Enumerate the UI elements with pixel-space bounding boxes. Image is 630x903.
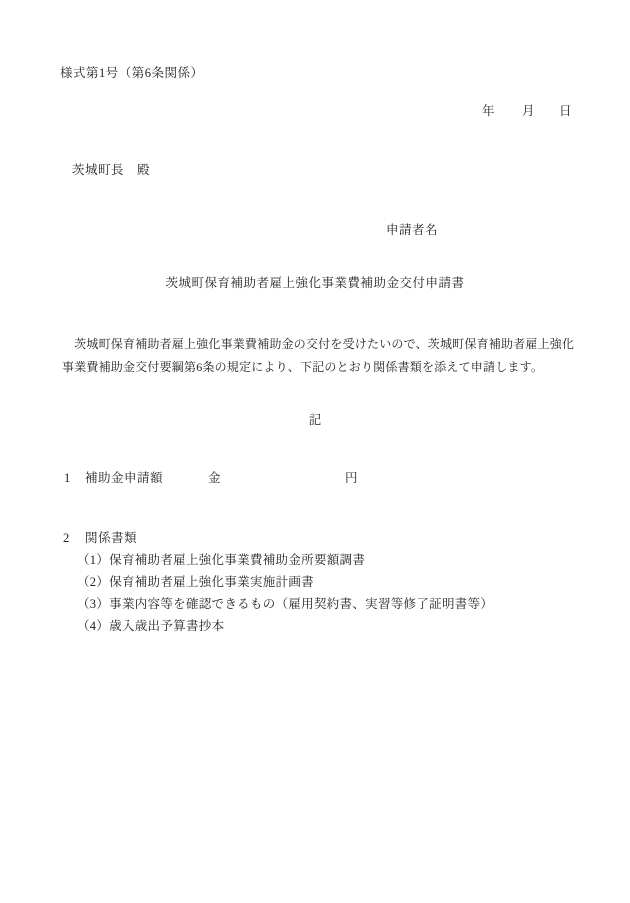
day-label: 日 xyxy=(559,104,572,119)
body-paragraph-line-1: 茨城町保育補助者雇上強化事業費補助金の交付を受けたいので、茨城町保育補助者雇上強… xyxy=(62,337,572,351)
document-list-item: （3）事業内容等を確認できるもの（雇用契約書、実習等修了証明書等） xyxy=(77,597,493,612)
applicant-name-label: 申請者名 xyxy=(386,223,438,238)
body-paragraph-line-2: 事業費補助金交付要綱第6条の規定により、下記のとおり関係書類を添えて申請します。 xyxy=(62,360,572,374)
currency-suffix-label: 円 xyxy=(345,471,358,486)
addressee: 茨城町長 殿 xyxy=(72,163,150,178)
document-list-item: （4）歳入歳出予算書抄本 xyxy=(77,619,224,634)
document-list-item: （1）保育補助者雇上強化事業費補助金所要額調書 xyxy=(77,553,365,568)
ki-heading: 記 xyxy=(0,413,630,428)
document-title: 茨城町保育補助者雇上強化事業費補助金交付申請書 xyxy=(0,276,630,291)
month-label: 月 xyxy=(522,104,535,119)
amount-item-label: 補助金申請額 xyxy=(85,471,163,486)
form-number: 様式第1号（第6条関係） xyxy=(60,66,204,81)
currency-prefix-label: 金 xyxy=(208,471,221,486)
documents-section-label: 関係書類 xyxy=(85,531,137,546)
documents-section-number: 2 xyxy=(63,531,69,546)
year-label: 年 xyxy=(482,104,495,119)
document-list-item: （2）保育補助者雇上強化事業実施計画書 xyxy=(77,575,314,590)
application-form-page: 様式第1号（第6条関係） 年 月 日 茨城町長 殿 申請者名 茨城町保育補助者雇… xyxy=(0,0,630,903)
amount-item-number: 1 xyxy=(64,471,70,486)
